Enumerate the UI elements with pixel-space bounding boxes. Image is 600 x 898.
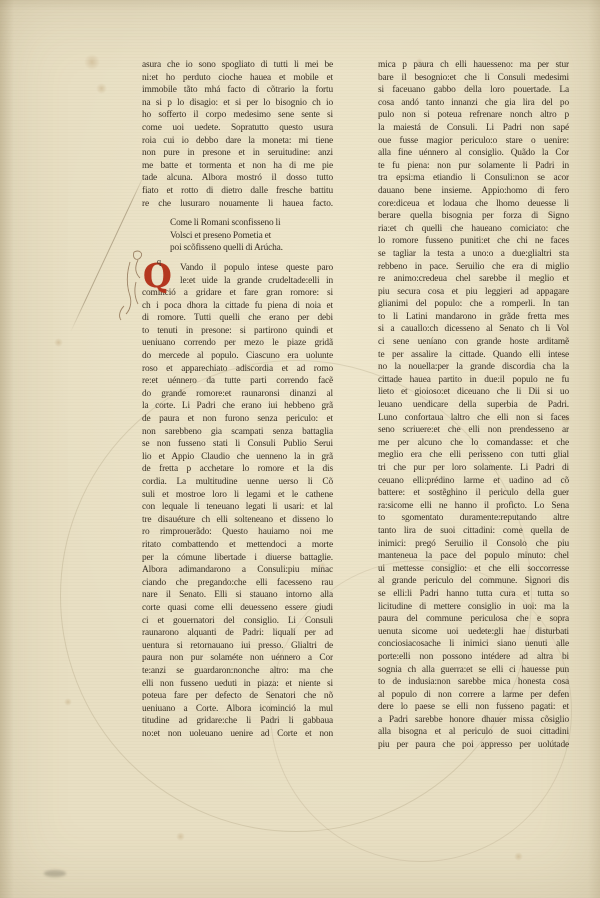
text-line: la maiestá de Consuli. Li Padri non sapé [378, 122, 569, 135]
text-line: te fu piena: non pur solamente li Padri … [378, 160, 569, 173]
text-line: Volsci et preseno Pometia et [142, 230, 333, 243]
foxing-spot [514, 852, 523, 861]
foxing-spot [84, 54, 100, 70]
text-line: tanto lira de suoi cittadini: come quell… [378, 525, 569, 538]
text-line: piu secura cosa et piu leggieri ad appag… [378, 286, 569, 299]
text-line: to sgomentato duramente:reputando altre [378, 512, 569, 525]
text-line: ceuano elli:prédino larme et uadino ad c… [378, 475, 569, 488]
text-line: raunarono alquanti de Padri: liquali per… [142, 627, 333, 640]
chapter-paragraph: Q q Vando il populo intese queste parole… [142, 262, 333, 741]
text-line: fiato et rotto di dietro dalle fresche b… [142, 185, 333, 198]
text-line: re animo:credeua chel sarebbe il meglio … [378, 273, 569, 286]
text-line: ciando che pregando:che elli facesseno r… [142, 577, 333, 590]
text-line: rebbeno in pace. Seruilio che era di mig… [378, 261, 569, 274]
text-line: come uoi uedete. Sopratutto questo usura [142, 122, 333, 135]
text-line: piu per paura che poi appresso per uolút… [378, 739, 569, 752]
text-line: ritato combattendo et mettendoci a morte [142, 539, 333, 552]
text-line: tre disauéture ch elli solteneano et dis… [142, 514, 333, 527]
text-line: ueniuano a Corte. Albora icominció la mu… [142, 703, 333, 716]
text-line: se elli:li Padri hanno tutta cura et tut… [378, 588, 569, 601]
text-line: leuano uendicare della superbia de Padri… [378, 399, 569, 412]
text-line: tri che pur per loro solamente. Li Padri… [378, 462, 569, 475]
text-line: no:et non uoleuano uenire ad Corte et no… [142, 728, 333, 741]
text-line: immobile tãto mhá facto di cõtrario la f… [142, 84, 333, 97]
text-line: Luno confortaua laltro che elli non si f… [378, 412, 569, 425]
left-column: asura che io sono spogliato di tutti li … [142, 59, 333, 740]
text-line: lo romore fusseno puniti:et che chi ne f… [378, 235, 569, 248]
text-line: core:diceua et lodaua che lhomo deuesse … [378, 198, 569, 211]
text-line: corte quasi come elli deuesseno essere g… [142, 602, 333, 615]
text-line: lio et Appio Claudio che uenneno la in g… [142, 451, 333, 464]
text-line: paura del commune periculosa che e sopra [378, 613, 569, 626]
text-line: tade alcuna. Albora mostró il dosso tutt… [142, 172, 333, 185]
text-line: re che lusuraro nouamente li hauea facto… [142, 198, 333, 211]
text-line: non pure in presone et in seruitudine: a… [142, 147, 333, 160]
text-line: ni:et ho perduto cioche hauea et mobile … [142, 72, 333, 85]
text-line: manteneua la pace del populo minuto: che… [378, 550, 569, 563]
text-line: licitudine di mettere consiglio in uoi: … [378, 601, 569, 614]
pencil-smudge [44, 870, 66, 877]
text-line: cosa andó tanto innanzi che gia lira del… [378, 97, 569, 110]
text-line: lieto et gioioso:et diceuano che li Dii … [378, 386, 569, 399]
text-line: battere: et sostẽghino il periculo della… [378, 487, 569, 500]
text-line: titudine ad gridare:che li Padri li gabb… [142, 715, 333, 728]
text-line: oue fusse magior periculo:o stare o ueni… [378, 135, 569, 148]
text-line: do grande romore:et raunaronsi dinanzi a… [142, 388, 333, 401]
text-line: al grande periculo del commune. Signori … [378, 575, 569, 588]
text-line: do mercede al populo. Ciascuno era uolun… [142, 350, 333, 363]
text-line: de fretta p acchetare lo romore et la di… [142, 463, 333, 476]
text-line: alla fine uénnero al consiglio. Quãdo la… [378, 147, 569, 160]
text-line: conciosiacosache li inimici siano uenuti… [378, 638, 569, 651]
drop-cap-guide-letter: q [157, 258, 161, 266]
text-line: si a cauallo:ch dicesseno al Senato ch l… [378, 323, 569, 336]
text-line: se tagliar la testa a uno:o a due:glialt… [378, 248, 569, 261]
text-line: dere lo paese se elli non fusseno pagati… [378, 701, 569, 714]
text-line: non sarebbeno gia scampati senza battagl… [142, 426, 333, 439]
text-line: sognia ch alla guerra:et se elli ci haue… [378, 664, 569, 677]
text-line: te:anzi se guardaron:nonche altro: ma ch… [142, 665, 333, 678]
text-line: suli et mostroe loro li legami et le cat… [142, 489, 333, 502]
intro-paragraph: asura che io sono spogliato di tutti li … [142, 59, 333, 210]
text-line: ui mettesse consiglio: et che elli socco… [378, 563, 569, 576]
text-line: di romore. Tutti quelli che erano per de… [142, 312, 333, 325]
text-line: bare il besognio:et che li Consuli medes… [378, 72, 569, 85]
text-line: cittade hauea partito in due:il populo n… [378, 374, 569, 387]
text-line: si faceuano gabbo della loro pouertade. … [378, 84, 569, 97]
text-line: a Padri sarebbe honore dhauer missa cõsi… [378, 714, 569, 727]
foxing-spot [96, 83, 107, 94]
text-line: re:et uénnero da tutte parti correndo fa… [142, 375, 333, 388]
text-line: cordia. La multitudine uenne uerso li Cõ [142, 476, 333, 489]
text-line: asura che io sono spogliato di tutti li … [142, 59, 333, 72]
text-line: elli non fusseno ueduti in piaza: et nie… [142, 678, 333, 691]
text-line: ra:sicome elli ne hanno il proficto. Lo … [378, 500, 569, 513]
text-line: to li Latini mandarono in grãde fretta m… [378, 311, 569, 324]
text-line: na si p lo disagio: et si per lo bisogni… [142, 97, 333, 110]
text-line: tra epsi:ma etiandio li Consuli:non se a… [378, 172, 569, 185]
text-line: poi scõfisseno quelli di Arúcha. [142, 242, 333, 255]
text-line: de paura et non furono senza periculo: e… [142, 413, 333, 426]
text-line: porte:elli non possono intédere ad altra… [378, 651, 569, 664]
text-line: to de indusia:non sarebbe mica honesta c… [378, 676, 569, 689]
text-line: ria:et ch quelli che haueano comiciato: … [378, 223, 569, 236]
text-line: me per alcuno che lo comandasse: et che [378, 437, 569, 450]
text-line: me batte et tormenta et non ha di me pie [142, 160, 333, 173]
text-line: uentura si retornauano iui presso. Glial… [142, 640, 333, 653]
text-line: dauano bene insieme. Appio:homo di fero [378, 185, 569, 198]
foxing-spot [54, 338, 63, 347]
text-line: roia cui io debbo dare la moneta: mi tie… [142, 135, 333, 148]
scanned-book-page: asura che io sono spogliato di tutti li … [0, 0, 600, 898]
text-line: ueniuano correndo per mezo le piaze grid… [142, 337, 333, 350]
text-line: ci et gouernatori del consiglio. Li Cons… [142, 615, 333, 628]
text-line: roso et apparechiato adiscordia et ad ro… [142, 363, 333, 376]
text-line: per la cómune libertade i diuerse battag… [142, 552, 333, 565]
text-line: no la nouella:per la grande discordia ch… [378, 361, 569, 374]
text-line: seno scriuere:et che elli non prendessen… [378, 424, 569, 437]
text-line: glianimi del populo: che a romperli. In … [378, 298, 569, 311]
text-line: mica p paura ch elli hauesseno: ma per s… [378, 59, 569, 72]
text-line: Albora adimandarono a Consuli:piu minac [142, 564, 333, 577]
foxing-spot [176, 832, 185, 841]
text-line: meglio era che elli perisseno con tutti … [378, 449, 569, 462]
penwork-flourish-icon [108, 248, 148, 328]
text-line: la corte. Li Padri che erano iui hebbeno… [142, 400, 333, 413]
foxing-spot [64, 698, 72, 706]
text-line: Come li Romani sconfisseno li [142, 217, 333, 230]
body-lines: cominció a gridare et fare gran romore: … [142, 287, 333, 740]
text-line: te per assalire la cittade. Quando elli … [378, 349, 569, 362]
text-line: ho sofferto il corpo medesimo sene sente… [142, 109, 333, 122]
text-line: ci sene ueníano con grande hoste arditam… [378, 336, 569, 349]
chapter-heading: Come li Romani sconfisseno liVolsci et p… [142, 217, 333, 255]
text-line: pulo non si poteua refrenare nonch altro… [378, 109, 569, 122]
text-line: poteua fare per defecto de Senatori che … [142, 690, 333, 703]
text-line: ch i poca dhora la cittade fu piena di n… [142, 300, 333, 313]
text-line: inimici: pregó Seruilio il Consolo che p… [378, 538, 569, 551]
text-line: uenuta sicome uoi uedete:gli hae disturb… [378, 626, 569, 639]
text-line: alla bisogna et al periculo de suoi citt… [378, 726, 569, 739]
text-line: to tenuti in presone: si partirono quind… [142, 325, 333, 338]
text-line: se non fusseno stati li Consuli Publio S… [142, 438, 333, 451]
text-line: berare quella bisognia per forza di Sign… [378, 210, 569, 223]
text-line: con lequale li teneuano legati li usari:… [142, 501, 333, 514]
text-line: al populo di non correre a larme per def… [378, 689, 569, 702]
text-line: paura non pur solaméte non uénnero a Cor [142, 652, 333, 665]
text-line: ro rimprouerãdo: Questo hauiamo noi me [142, 526, 333, 539]
right-column: mica p paura ch elli hauesseno: ma per s… [378, 59, 569, 752]
text-line: nare il Senato. Elli si stauano intorno … [142, 589, 333, 602]
